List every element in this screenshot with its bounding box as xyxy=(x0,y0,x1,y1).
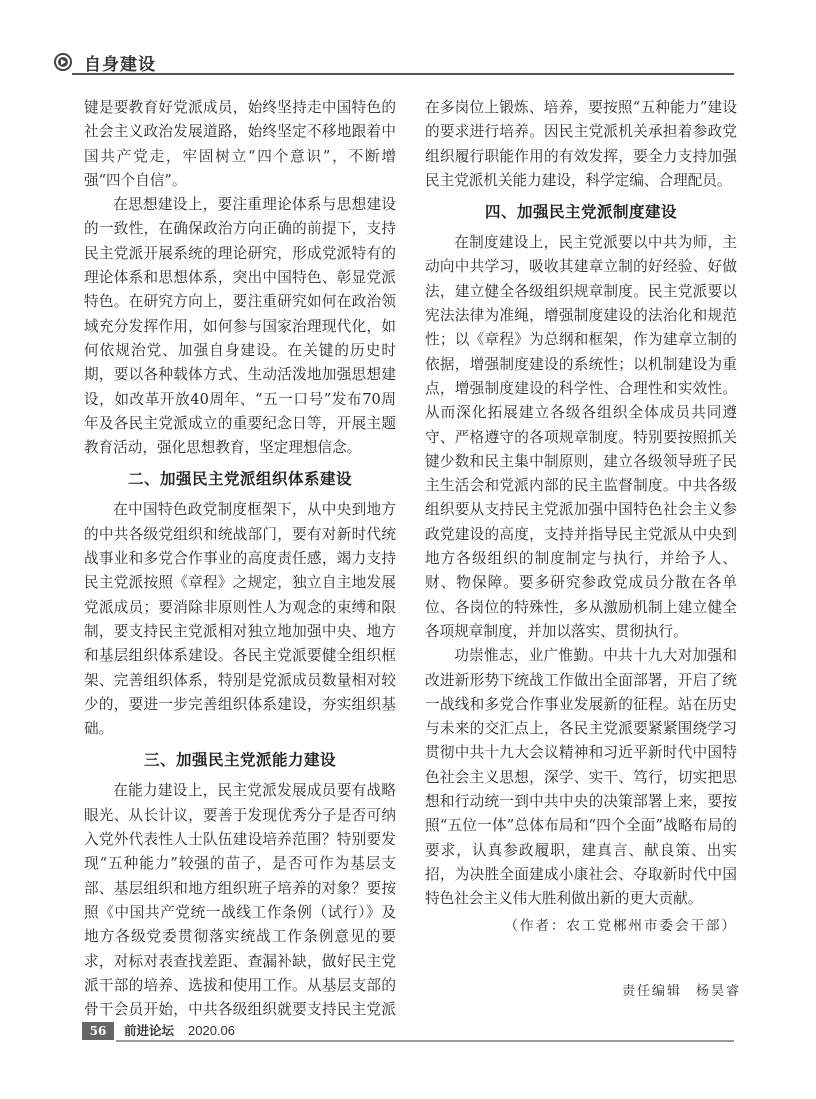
author-note: （作者：农工党郴州市委会干部） xyxy=(425,914,737,938)
circle-arrow-right-icon xyxy=(54,53,72,71)
issue-date: 2020.06 xyxy=(188,1022,235,1040)
page-number: 56 xyxy=(82,1022,114,1040)
paragraph: 在多岗位上锻炼、培养，要按照“五种能力”建设的要求进行培养。因民主党派机关承担着… xyxy=(425,96,737,193)
section-heading: 四、加强民主党派制度建设 xyxy=(425,199,737,225)
paragraph: 在能力建设上，民主党派发展成员要有战略眼光、从长计议，要善于发现优秀分子是否可纳… xyxy=(84,779,396,1046)
section-heading: 三、加强民主党派能力建设 xyxy=(84,747,396,773)
footer-rule xyxy=(116,1040,734,1042)
paragraph: 键是要教育好党派成员，始终坚持走中国特色的社会主义政治发展道路，始终坚定不移地跟… xyxy=(84,96,396,193)
editor-credit: 责任编辑杨昊睿 xyxy=(622,980,755,999)
section-title: 自身建设 xyxy=(84,50,156,75)
section-heading: 二、加强民主党派组织体系建设 xyxy=(84,466,396,492)
paragraph: 在思想建设上，要注重理论体系与思想建设的一致性，在确保政治方向正确的前提下，支持… xyxy=(84,193,396,460)
paragraph: 在制度建设上，民主党派要以中共为师，主动向中共学习，吸收其建章立制的好经验、好做… xyxy=(425,231,737,644)
publication-name: 前进论坛 xyxy=(124,1022,174,1040)
paragraph: 在中国特色政党制度框架下，从中央到地方的中共各级党组织和统战部门，要有对新时代统… xyxy=(84,498,396,741)
editor-label: 责任编辑 xyxy=(622,984,682,999)
page-footer: 56 前进论坛 2020.06 xyxy=(82,1022,734,1042)
right-column: 在多岗位上锻炼、培养，要按照“五种能力”建设的要求进行培养。因民主党派机关承担着… xyxy=(425,96,737,938)
left-column: 键是要教育好党派成员，始终坚持走中国特色的社会主义政治发展道路，始终坚定不移地跟… xyxy=(84,96,396,1047)
header-rule xyxy=(72,73,734,75)
editor-name: 杨昊睿 xyxy=(696,984,741,999)
paragraph: 功崇惟志，业广惟勤。中共十九大对加强和改进新形势下统战工作做出全面部署，开启了统… xyxy=(425,644,737,911)
section-header: 自身建设 xyxy=(50,48,734,76)
